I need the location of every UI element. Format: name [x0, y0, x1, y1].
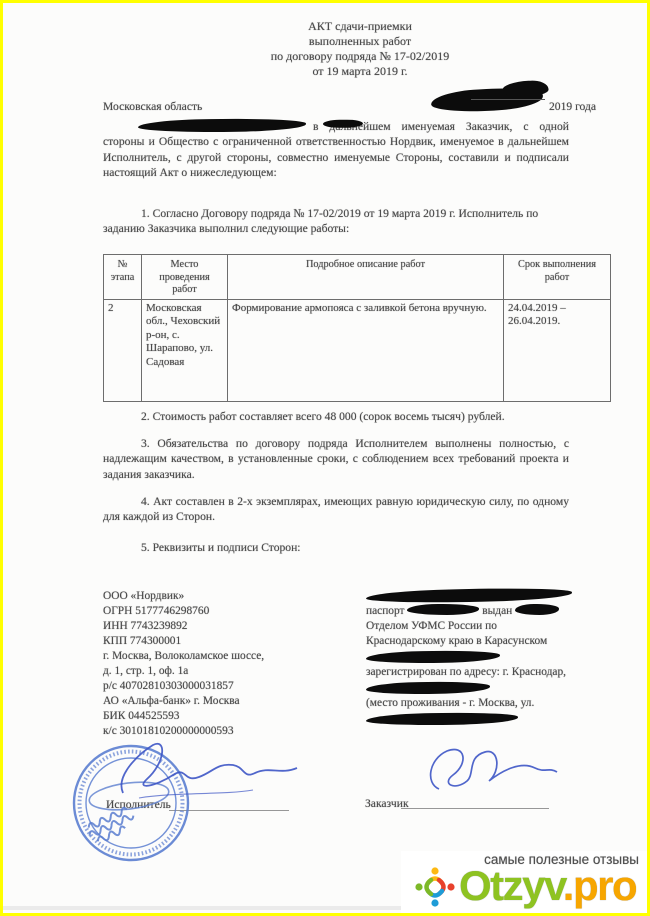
- clause-1: 1. Согласно Договору подряда № 17-02/201…: [103, 206, 569, 237]
- contractor-inn: ИНН 7743239892: [103, 619, 353, 634]
- col-header-deadline: Срок выполнения работ: [504, 255, 611, 300]
- redaction-registered-address: [366, 681, 490, 695]
- logo-text-tld: pro: [573, 862, 636, 909]
- contractor-ogrn: ОГРН 5177746298760: [103, 604, 353, 619]
- table-header-row: № этапа Место проведения работ Подробное…: [104, 255, 611, 300]
- bottom-divider: [3, 906, 405, 910]
- contractor-bik: БИК 044525593: [103, 709, 353, 724]
- redaction-passport-number: [407, 604, 479, 615]
- cell-deadline: 24.04.2019 – 26.04.2019.: [504, 299, 611, 401]
- executor-signature-icon: [95, 735, 305, 815]
- logo-text-dot: .: [563, 862, 573, 909]
- otzyv-logo-text: Otzyv.pro: [459, 865, 636, 907]
- clause-4: 4. Акт составлен в 2-х экземплярах, имею…: [103, 494, 569, 525]
- col-header-stage: № этапа: [104, 255, 142, 300]
- contractor-bank: АО «Альфа-банк» г. Москва: [103, 694, 353, 709]
- region-label: Московская область: [103, 100, 202, 113]
- contractor-name: ООО «Нордвик»: [103, 589, 353, 604]
- redaction-passport-date: [515, 604, 559, 615]
- cell-stage: 2: [104, 299, 142, 401]
- title-line-1: АКТ сдачи-приемки: [73, 19, 647, 34]
- clause-3: 3. Обязательства по договору подряда Исп…: [103, 436, 569, 482]
- title-line-4: от 19 марта 2019 г.: [73, 64, 647, 79]
- passport-label: паспорт: [366, 605, 405, 617]
- date-underline: [471, 99, 545, 100]
- date-suffix: 2019 года: [549, 100, 596, 113]
- redaction-district: [366, 650, 500, 664]
- intro-paragraph: в дальнейшем именуемая Заказчик, с одной…: [103, 119, 569, 181]
- clause-2: 2. Стоимость работ составляет всего 48 0…: [103, 409, 569, 424]
- scanned-act-document: АКТ сдачи-приемки выполненных работ по д…: [0, 0, 650, 916]
- title-line-2: выполненных работ: [73, 34, 647, 49]
- otzyv-logo-people-icon: [413, 864, 457, 910]
- customer-residence-line: (место проживания - г. Москва, ул.: [366, 696, 598, 711]
- title-line-3: по договору подряда № 17-02/2019: [73, 49, 647, 64]
- customer-signature-icon: [409, 739, 559, 801]
- cell-description: Формирование армопояса с заливкой бетона…: [228, 299, 504, 401]
- customer-signature-line: [401, 808, 549, 809]
- customer-ufms-line-2: Краснодарскому краю в Карасунском: [366, 634, 598, 649]
- contractor-address-2: д. 1, стр. 1, оф. 1а: [103, 664, 353, 679]
- works-table: № этапа Место проведения работ Подробное…: [103, 254, 611, 402]
- contractor-address-1: г. Москва, Волоколамское шоссе,: [103, 649, 353, 664]
- redaction-customer-fullname: [366, 587, 572, 604]
- customer-requisites: паспорт выдан Отделом УФМС России по Кра…: [366, 587, 598, 727]
- cell-place: Московская обл., Чеховский р-он, с. Шара…: [142, 299, 228, 401]
- customer-registered-line: зарегистрирован по адресу: г. Краснодар,: [366, 665, 598, 680]
- contractor-kpp: КПП 774300001: [103, 634, 353, 649]
- col-header-place: Место проведения работ: [142, 255, 228, 300]
- issued-label: выдан: [482, 605, 512, 617]
- logo-text-name: Otzyv: [459, 862, 563, 909]
- contractor-account: р/с 40702810303000031857: [103, 679, 353, 694]
- contractor-requisites: ООО «Нордвик» ОГРН 5177746298760 ИНН 774…: [103, 589, 353, 739]
- redaction-customer-name: [138, 118, 306, 133]
- document-title: АКТ сдачи-приемки выполненных работ по д…: [73, 19, 647, 79]
- clause-5: 5. Реквизиты и подписи Сторон:: [103, 540, 569, 555]
- col-header-description: Подробное описание работ: [228, 255, 504, 300]
- redaction-date: [431, 86, 544, 114]
- customer-ufms-line-1: Отделом УФМС России по: [366, 619, 598, 634]
- redaction-residence-address: [366, 712, 518, 726]
- otzyv-branding: самые полезные отзывы Otzyv.pro: [401, 851, 647, 913]
- customer-passport-line: паспорт выдан: [366, 604, 598, 619]
- table-row: 2 Московская обл., Чеховский р-он, с. Ша…: [104, 299, 611, 401]
